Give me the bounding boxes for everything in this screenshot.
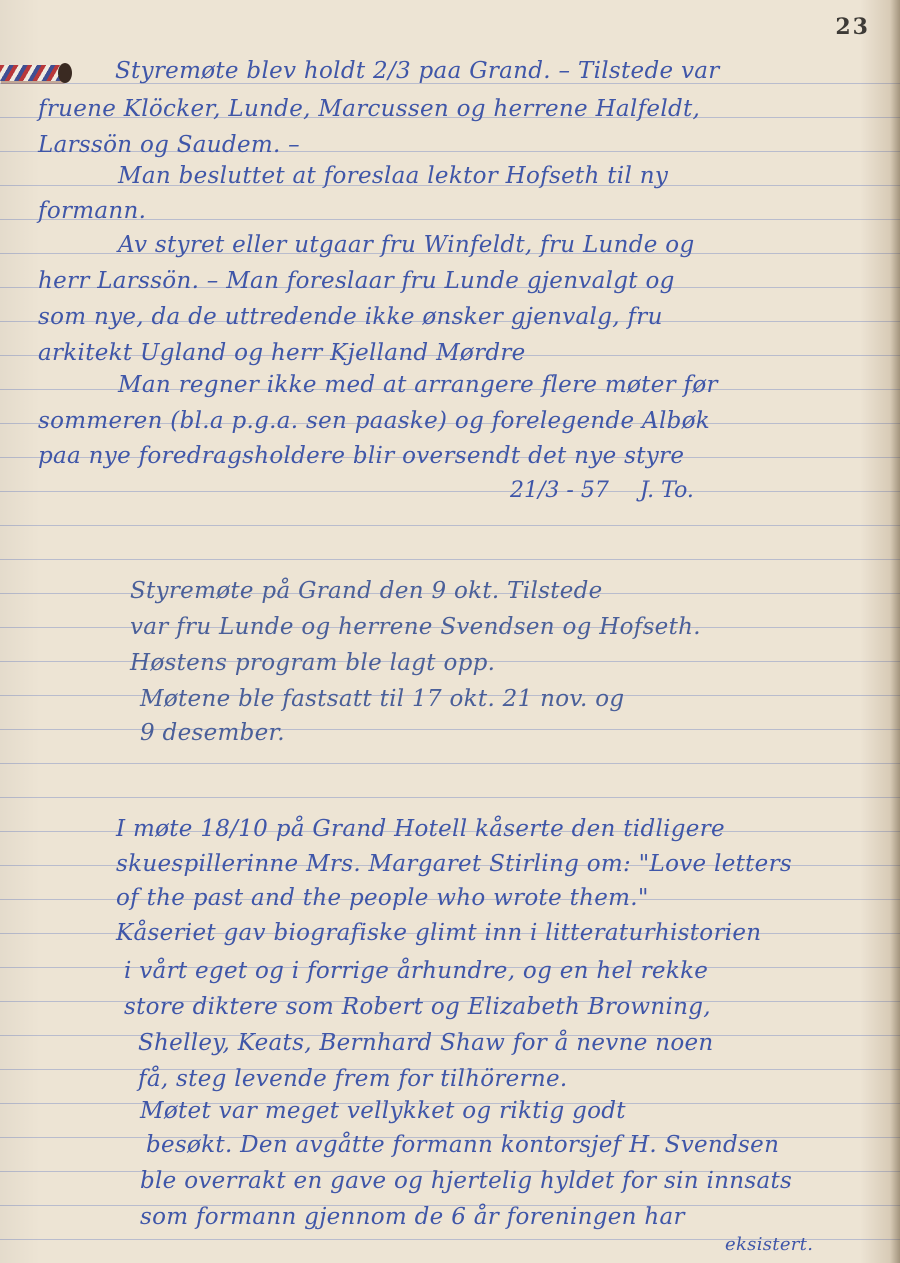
text-line: Kåseriet gav biografiske glimt inn i lit… xyxy=(116,920,761,946)
text-line: eksistert. xyxy=(725,1234,813,1255)
text-line: 9 desember. xyxy=(140,720,285,746)
text-line: i vårt eget og i forrige århundre, og en… xyxy=(124,958,708,984)
text-line: formann. xyxy=(38,198,146,224)
text-line: store diktere som Robert og Elizabeth Br… xyxy=(124,994,711,1020)
text-line: Av styret eller utgaar fru Winfeldt, fru… xyxy=(118,232,694,258)
text-line: fruene Klöcker, Lunde, Marcussen og herr… xyxy=(38,96,700,122)
handwritten-ledger-page: 23 Styremøte blev holdt 2/3 paa Grand. –… xyxy=(0,0,900,1263)
text-line: Man regner ikke med at arrangere flere m… xyxy=(118,372,718,398)
signature-initials: J. To. xyxy=(640,478,694,503)
text-line: besøkt. Den avgåtte formann kontorsjef H… xyxy=(146,1132,779,1158)
text-line: of the past and the people who wrote the… xyxy=(116,885,649,911)
text-line: Larssön og Saudem. – xyxy=(38,132,300,158)
text-line: Møtet var meget vellykket og riktig godt xyxy=(140,1098,626,1124)
text-line: skuespillerinne Mrs. Margaret Stirling o… xyxy=(116,851,792,877)
text-line: Høstens program ble lagt opp. xyxy=(130,650,495,676)
page-number: 23 xyxy=(835,14,870,40)
text-line: Styremøte på Grand den 9 okt. Tilstede xyxy=(130,578,603,604)
text-line: var fru Lunde og herrene Svendsen og Hof… xyxy=(130,614,701,640)
binding-hole xyxy=(58,63,72,83)
text-line: arkitekt Ugland og herr Kjelland Mørdre xyxy=(38,340,526,366)
text-line: Man besluttet at foreslaa lektor Hofseth… xyxy=(118,163,668,189)
text-line: sommeren (bl.a p.g.a. sen paaske) og for… xyxy=(38,408,710,434)
text-line: I møte 18/10 på Grand Hotell kåserte den… xyxy=(116,816,725,842)
text-line: få, steg levende frem for tilhörerne. xyxy=(138,1066,568,1092)
text-line: Styremøte blev holdt 2/3 paa Grand. – Ti… xyxy=(115,58,720,84)
signature-date: 21/3 - 57 xyxy=(510,478,609,503)
text-line: herr Larssön. – Man foreslaar fru Lunde … xyxy=(38,268,675,294)
text-line: som formann gjennom de 6 år foreningen h… xyxy=(140,1204,685,1230)
text-line: ble overrakt en gave og hjertelig hyldet… xyxy=(140,1168,792,1194)
text-line: paa nye foredragsholdere blir oversendt … xyxy=(38,443,684,469)
text-line: Shelley, Keats, Bernhard Shaw for å nevn… xyxy=(138,1030,714,1056)
text-line: Møtene ble fastsatt til 17 okt. 21 nov. … xyxy=(140,686,624,712)
text-line: som nye, da de uttredende ikke ønsker gj… xyxy=(38,304,663,330)
